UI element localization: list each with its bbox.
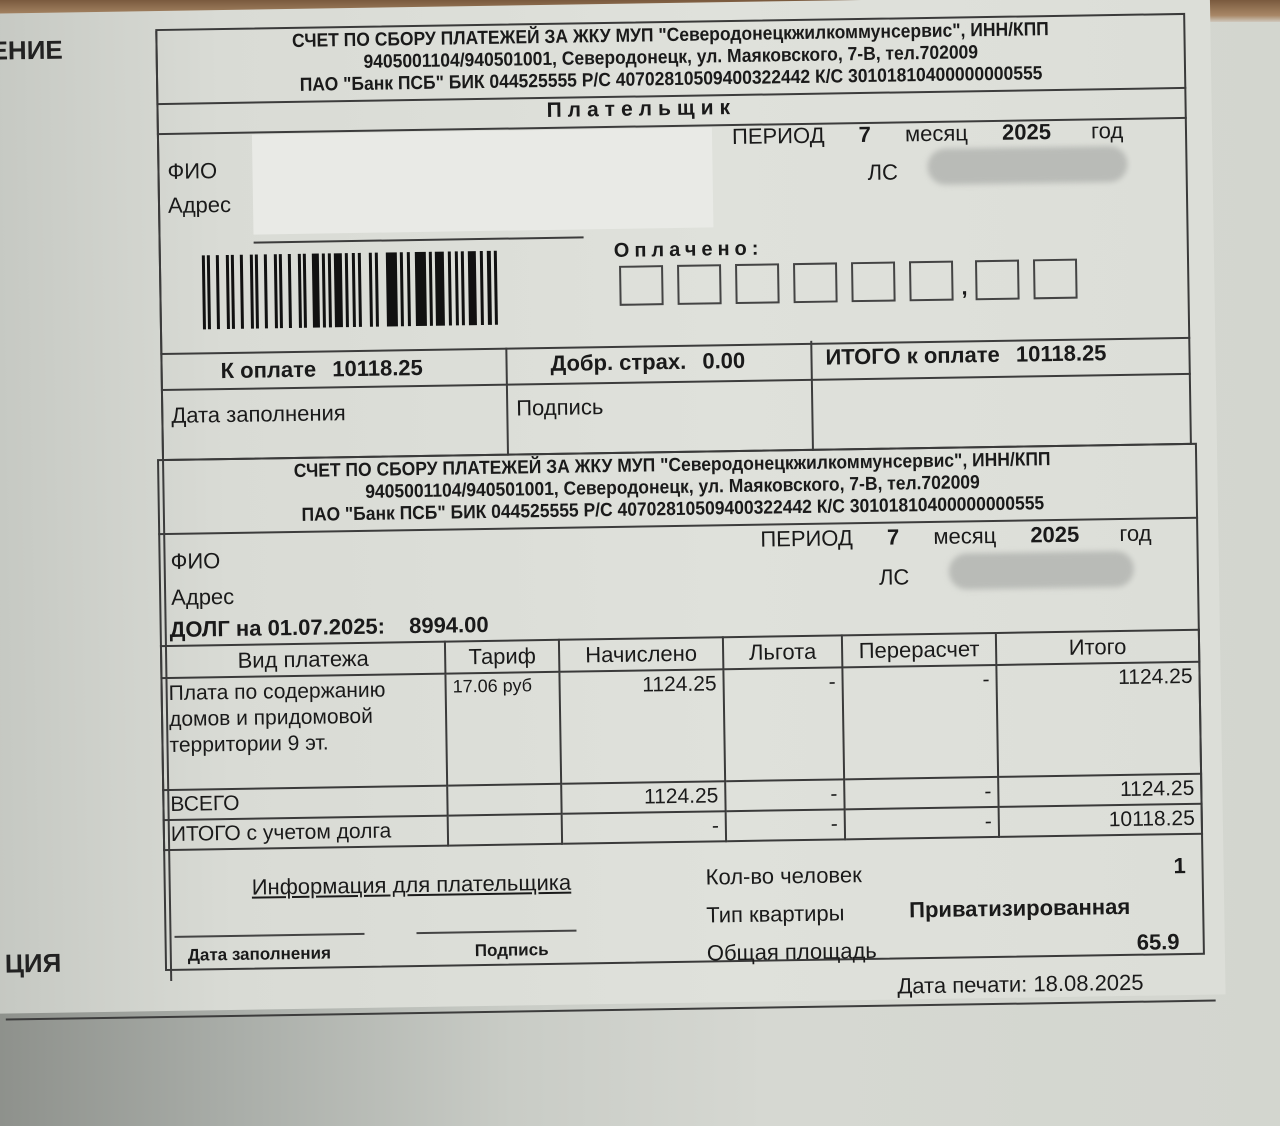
area-label: Общая площадь: [707, 938, 877, 967]
period-label: ПЕРИОД: [732, 123, 825, 149]
year-word: год: [1119, 521, 1152, 547]
total: 10118.25: [999, 804, 1202, 837]
bottom-divider: [6, 1000, 1216, 1021]
debt-value: 8994.00: [409, 612, 489, 638]
benefit: -: [723, 667, 844, 781]
to-pay-value: 10118.25: [332, 355, 423, 381]
area-value: 65.9: [1137, 929, 1180, 956]
info-fill-date-label: Дата заполнения: [188, 943, 331, 965]
digit-box[interactable]: [975, 260, 1020, 301]
print-date: Дата печати: 18.08.2025: [897, 970, 1144, 1000]
digit-box[interactable]: [909, 261, 954, 302]
col-accrued: Начислено: [559, 637, 723, 672]
debt: ДОЛГ на 01.07.2025: 8994.00: [169, 612, 488, 643]
total: 1124.25: [998, 774, 1201, 807]
period-month: 7: [887, 524, 900, 549]
to-pay: К оплате 10118.25: [220, 355, 423, 384]
insurance: Добр. страх. 0.00: [550, 348, 745, 377]
month-word: месяц: [905, 120, 968, 146]
barcode: [202, 251, 501, 330]
period-label: ПЕРИОД: [760, 525, 853, 551]
fill-date-label: Дата заполнения: [171, 400, 346, 429]
accrued: 1124.25: [559, 669, 725, 784]
table-row: Плата по содержанию домов и придомовой т…: [161, 662, 1201, 790]
period-year: 2025: [1030, 522, 1079, 548]
signature-label: Подпись: [516, 394, 603, 421]
digit-box[interactable]: [735, 263, 780, 304]
redacted-account-number: [927, 146, 1128, 185]
decimal-comma: ,: [961, 274, 968, 300]
address-label: Адрес: [168, 192, 231, 219]
col-benefit: Льгота: [723, 635, 842, 669]
total-to-pay-value: 10118.25: [1016, 340, 1107, 366]
paid-amount-boxes[interactable]: ,: [619, 259, 1078, 306]
insurance-label: Добр. страх.: [550, 349, 686, 376]
year-word: год: [1091, 118, 1124, 144]
digit-box[interactable]: [619, 265, 664, 306]
ls-label: ЛС: [867, 159, 898, 185]
people-label: Кол-во человек: [705, 862, 861, 890]
edge-text-top: ЕНИЕ: [0, 35, 63, 67]
fio-label: ФИО: [170, 548, 220, 575]
col-recalc: Перерасчет: [842, 633, 996, 667]
col-tariff: Тариф: [445, 640, 559, 674]
total-to-pay-label: ИТОГО к оплате: [825, 342, 1000, 370]
digit-box[interactable]: [793, 262, 838, 303]
col-total: Итого: [996, 630, 1199, 665]
info-signature-label: Подпись: [475, 940, 549, 961]
payment-type: Плата по содержанию домов и придомовой т…: [161, 674, 447, 790]
paid-label: Оплачено:: [614, 238, 764, 263]
accrued: 1124.25: [561, 781, 725, 814]
info-title: Информация для плательщика: [252, 870, 572, 901]
people-value: 1: [1173, 853, 1186, 879]
payer-title: Плательщик: [546, 96, 736, 123]
tariff: [448, 814, 562, 846]
utility-bill-sheet: ЕНИЕ ЦИЯ СЧЕТ ПО СБОРУ ПЛАТЕЖЕЙ ЗА ЖКУ М…: [0, 0, 1226, 1014]
recalc: -: [842, 665, 998, 779]
recalc: -: [844, 777, 998, 809]
benefit: -: [725, 779, 844, 811]
payment-type: ИТОГО с учетом долга: [164, 816, 448, 850]
benefit: -: [726, 809, 845, 841]
redacted-account-number: [949, 551, 1135, 590]
address-label: Адрес: [171, 584, 234, 611]
col-payment-type: Вид платежа: [161, 642, 445, 678]
period-month: 7: [858, 122, 871, 147]
period-year: 2025: [1002, 119, 1051, 145]
edge-text-bottom: ЦИЯ: [5, 948, 62, 980]
tariff: [447, 784, 561, 816]
digit-box[interactable]: [677, 264, 722, 305]
digit-box[interactable]: [1033, 259, 1078, 300]
redacted-payer-info: [252, 127, 714, 234]
digit-box[interactable]: [851, 262, 896, 303]
total: 1124.25: [996, 662, 1201, 777]
accrued: -: [562, 811, 726, 844]
insurance-value: 0.00: [702, 348, 745, 374]
month-word: месяц: [933, 523, 996, 549]
fio-label: ФИО: [167, 158, 217, 185]
debt-label: ДОЛГ на 01.07.2025:: [169, 614, 385, 642]
ls-label: ЛС: [879, 564, 910, 590]
tariff: 17.06 руб: [445, 672, 561, 786]
apt-type-label: Тип квартиры: [706, 900, 845, 928]
recalc: -: [845, 807, 999, 839]
to-pay-label: К оплате: [220, 357, 316, 383]
apt-type-value: Приватизированная: [909, 894, 1130, 923]
payment-type: ВСЕГО: [163, 786, 447, 820]
total-to-pay: ИТОГО к оплате 10118.25: [825, 340, 1106, 370]
charges-table: Вид платежа Тариф Начислено Льгота Перер…: [160, 629, 1203, 851]
